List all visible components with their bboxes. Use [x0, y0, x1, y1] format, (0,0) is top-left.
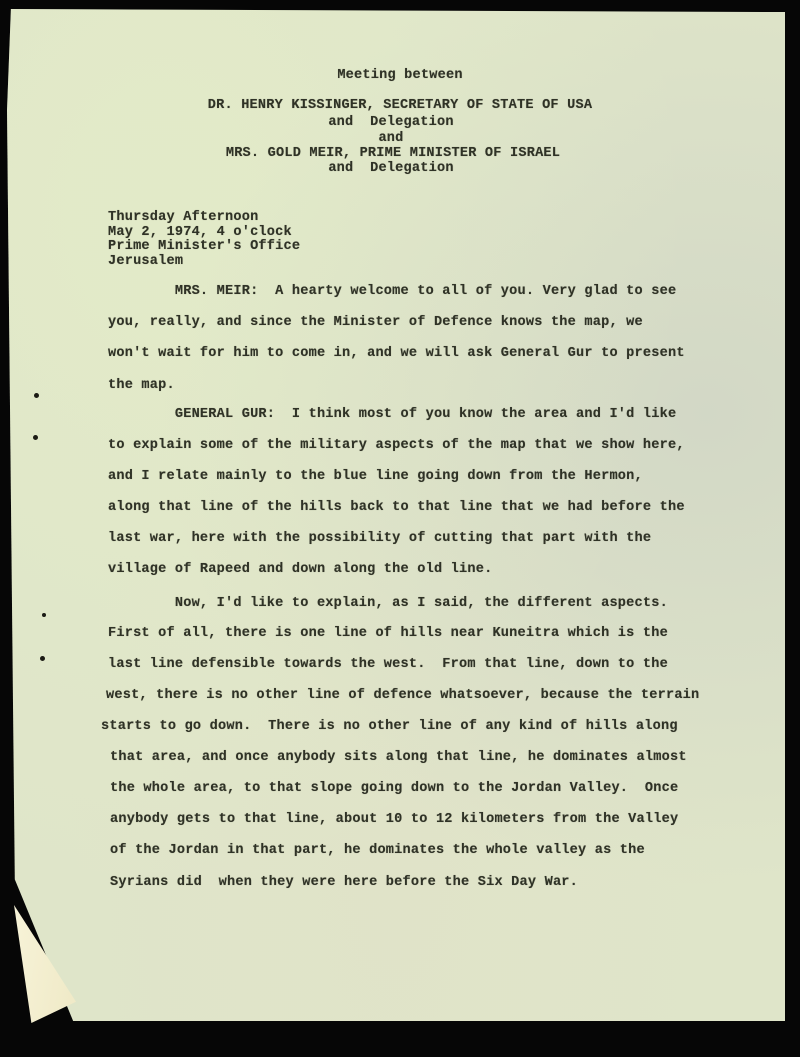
body-line: last war, here with the possibility of c… [108, 531, 651, 547]
body-line: last line defensible towards the west. F… [108, 657, 668, 673]
party-2-suffix: and Delegation [0, 161, 791, 176]
body-line: to explain some of the military aspects … [108, 438, 685, 454]
margin-mark [42, 613, 46, 617]
meeting-day: Thursday Afternoon [108, 211, 300, 226]
party-1: DR. HENRY KISSINGER, SECRETARY OF STATE … [0, 98, 800, 113]
party-2: MRS. GOLD MEIR, PRIME MINISTER OF ISRAEL [0, 146, 793, 161]
body-line: west, there is no other line of defence … [106, 688, 699, 704]
body-line: Now, I'd like to explain, as I said, the… [108, 596, 668, 612]
body-line: of the Jordan in that part, he dominates… [110, 843, 645, 859]
body-line: Syrians did when they were here before t… [110, 875, 578, 891]
body-line: along that line of the hills back to tha… [108, 500, 685, 516]
meeting-city: Jerusalem [108, 255, 300, 270]
body-line: won't wait for him to come in, and we wi… [108, 346, 685, 362]
body-line: that area, and once anybody sits along t… [110, 750, 687, 766]
body-line: village of Rapeed and down along the old… [108, 562, 492, 578]
meeting-details: Thursday Afternoon May 2, 1974, 4 o'cloc… [108, 211, 300, 269]
meeting-place: Prime Minister's Office [108, 240, 300, 255]
margin-mark [40, 656, 45, 661]
margin-mark [33, 435, 38, 440]
party-1-suffix: and Delegation [0, 115, 791, 130]
doc-title: Meeting between [0, 68, 800, 83]
meeting-date: May 2, 1974, 4 o'clock [108, 226, 300, 241]
body-line: the map. [108, 378, 175, 394]
body-line: MRS. MEIR: A hearty welcome to all of yo… [108, 284, 676, 300]
body-line: you, really, and since the Minister of D… [108, 315, 643, 331]
body-line: GENERAL GUR: I think most of you know th… [108, 407, 676, 423]
connector: and [0, 131, 791, 146]
scanned-page: Meeting between DR. HENRY KISSINGER, SEC… [0, 0, 800, 1057]
body-line: and I relate mainly to the blue line goi… [108, 469, 643, 485]
body-line: the whole area, to that slope going down… [110, 781, 678, 797]
margin-mark [34, 393, 39, 398]
body-line: First of all, there is one line of hills… [108, 626, 668, 642]
body-line: starts to go down. There is no other lin… [101, 719, 678, 735]
body-line: anybody gets to that line, about 10 to 1… [110, 812, 678, 828]
